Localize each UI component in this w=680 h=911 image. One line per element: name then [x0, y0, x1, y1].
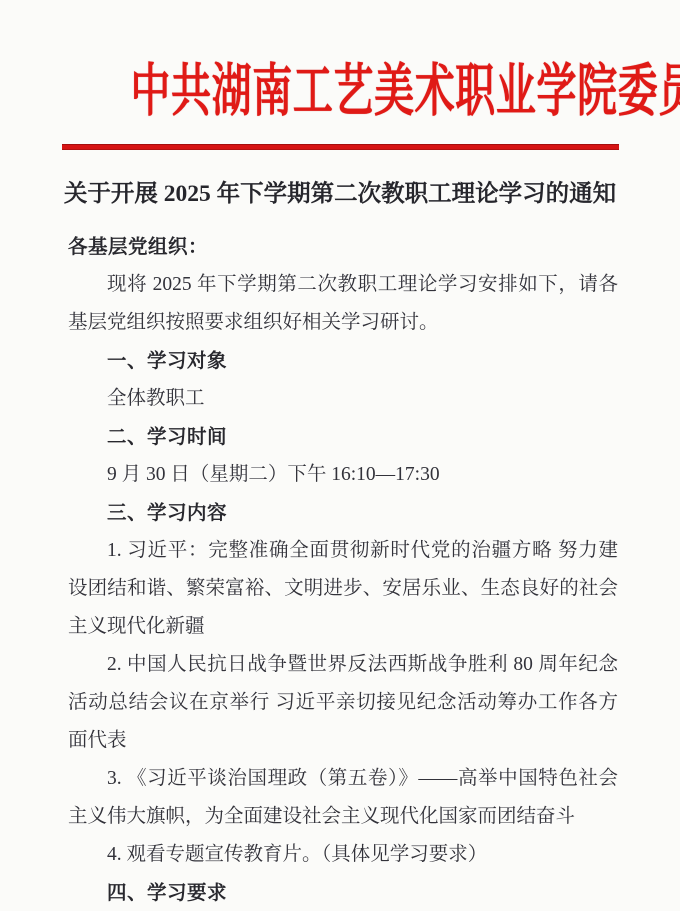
section-3-item-1: 1. 习近平：完整准确全面贯彻新时代党的治疆方略 努力建设团结和谐、繁荣富裕、文… [68, 532, 618, 646]
section-2-item-1: 9 月 30 日（星期二）下午 16:10—17:30 [68, 456, 618, 494]
section-3-heading: 三、学习内容 [68, 494, 618, 532]
letterhead-org-name: 中共湖南工艺美术职业学院委员会 [131, 56, 680, 128]
notice-title: 关于开展 2025 年下学期第二次教职工理论学习的通知 [0, 178, 680, 210]
letterhead-red-rule [62, 144, 619, 150]
section-1-heading: 一、学习对象 [68, 342, 618, 380]
section-2-heading: 二、学习时间 [68, 418, 618, 456]
section-3-item-4: 4. 观看专题宣传教育片。（具体见学习要求） [68, 836, 618, 874]
document-page: 中共湖南工艺美术职业学院委员会 关于开展 2025 年下学期第二次教职工理论学习… [0, 0, 680, 911]
intro-paragraph: 现将 2025 年下学期第二次教职工理论学习安排如下，请各基层党组织按照要求组织… [68, 266, 618, 342]
salutation: 各基层党组织： [68, 228, 618, 266]
section-3-item-3: 3. 《习近平谈治国理政（第五卷）》——高举中国特色社会主义伟大旗帜，为全面建设… [68, 760, 618, 836]
section-4-heading: 四、学习要求 [68, 874, 618, 911]
section-1-item-1: 全体教职工 [68, 380, 618, 418]
letterhead: 中共湖南工艺美术职业学院委员会 [0, 0, 680, 150]
notice-body: 各基层党组织： 现将 2025 年下学期第二次教职工理论学习安排如下，请各基层党… [68, 228, 618, 911]
section-3-item-2: 2. 中国人民抗日战争暨世界反法西斯战争胜利 80 周年纪念活动总结会议在京举行… [68, 646, 618, 760]
